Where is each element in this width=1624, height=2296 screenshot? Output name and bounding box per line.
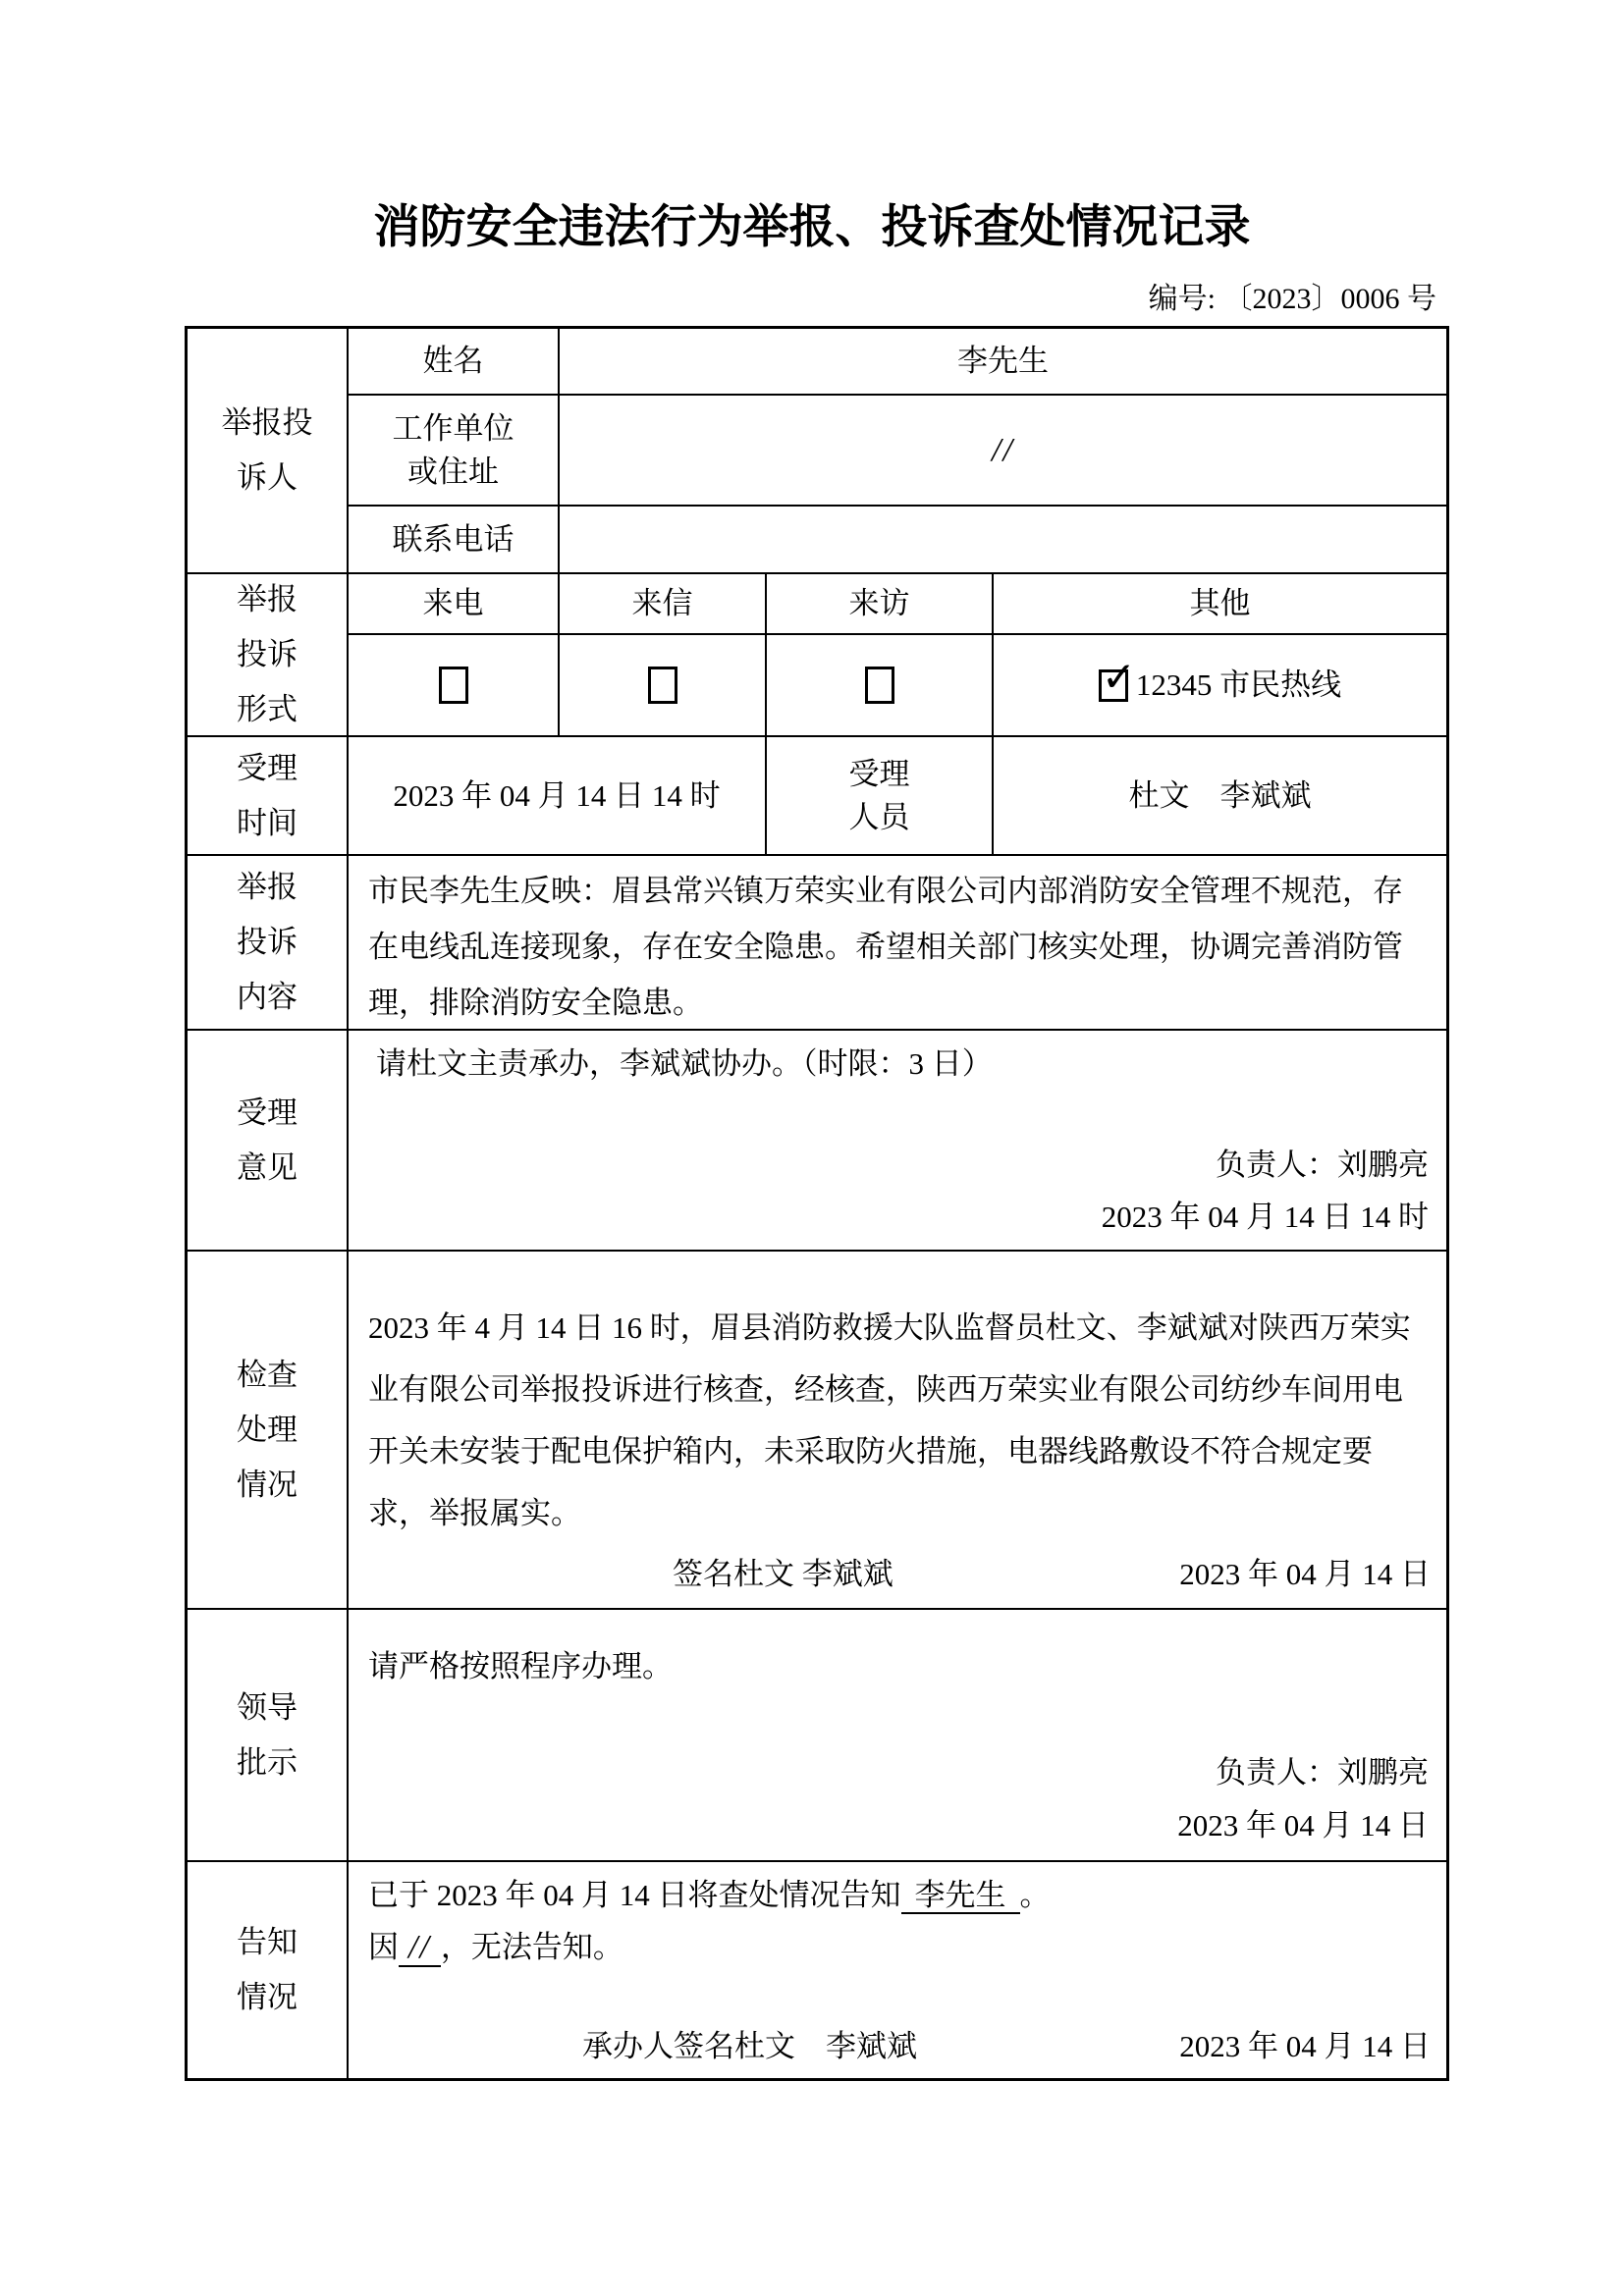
option-call-cell [349, 635, 560, 735]
opinion-text: 请杜文主责承办，李斌斌协办。（时限：3 日） [376, 1042, 1427, 1086]
notify-line2: 因//，无法告知。 [368, 1926, 1427, 1969]
inspection-signature: 签名杜文 李斌斌 [673, 1553, 893, 1596]
report-form-label: 举报 投诉 形式 [188, 574, 349, 735]
content-section: 举报 投诉 内容 市民李先生反映：眉县常兴镇万荣实业有限公司内部消防安全管理不规… [188, 856, 1446, 1031]
report-form-section: 举报 投诉 形式 来电 来信 来访 其他 [188, 574, 1446, 737]
option-letter-cell [560, 635, 767, 735]
leader-text: 请严格按照程序办理。 [368, 1645, 1427, 1688]
option-other-value: 12345 市民热线 [1136, 664, 1341, 707]
option-call-label: 来电 [349, 574, 560, 633]
opinion-cell: 请杜文主责承办，李斌斌协办。（时限：3 日） 负责人：刘鹏亮 2023 年 04… [349, 1031, 1446, 1250]
content-label: 举报 投诉 内容 [188, 856, 349, 1029]
option-other-cell: ✓ 12345 市民热线 [994, 635, 1446, 735]
leader-approver: 负责人：刘鹏亮 [1216, 1751, 1429, 1794]
workunit-value: // [560, 396, 1446, 505]
notify-line1-suffix: 。 [1020, 1878, 1051, 1912]
notify-line2-suffix: ，无法告知。 [441, 1930, 623, 1964]
accept-time-value: 2023 年 04 月 14 日 14 时 [349, 737, 767, 854]
notify-line2-underlined: // [399, 1929, 441, 1967]
inspection-label: 检查 处理 情况 [188, 1252, 349, 1608]
check-mark-icon: ✓ [1102, 657, 1136, 698]
checkbox-other-checked-icon: ✓ [1099, 669, 1128, 702]
accept-staff-label: 受理 人员 [767, 737, 994, 854]
option-letter-label: 来信 [560, 574, 767, 633]
phone-label: 联系电话 [349, 507, 560, 572]
opinion-approver: 负责人：刘鹏亮 [1216, 1144, 1429, 1187]
leader-date: 2023 年 04 月 14 日 [1177, 1804, 1429, 1847]
notify-date: 2023 年 04 月 14 日 [1179, 2025, 1431, 2068]
form-table: 举报投 诉人 姓名 李先生 工作单位 或住址 // 联系电话 举报 投诉 形式 [185, 326, 1449, 2081]
reporter-section: 举报投 诉人 姓名 李先生 工作单位 或住址 // 联系电话 [188, 329, 1446, 574]
checkbox-visit-unchecked-icon [865, 667, 894, 704]
checkbox-letter-unchecked-icon [648, 667, 677, 704]
content-cell: 市民李先生反映：眉县常兴镇万荣实业有限公司内部消防安全管理不规范，存在电线乱连接… [349, 856, 1446, 1029]
leader-section: 领导 批示 请严格按照程序办理。 负责人：刘鹏亮 2023 年 04 月 14 … [188, 1610, 1446, 1862]
notify-line1-prefix: 已于 2023 年 04 月 14 日将查处情况告知 [368, 1878, 901, 1912]
notify-line1: 已于 2023 年 04 月 14 日将查处情况告知李先生。 [368, 1874, 1427, 1917]
option-visit-cell [767, 635, 994, 735]
page-title: 消防安全违法行为举报、投诉查处情况记录 [0, 201, 1624, 252]
reporter-section-label: 举报投 诉人 [188, 329, 349, 572]
inspection-section: 检查 处理 情况 2023 年 4 月 14 日 16 时，眉县消防救援大队监督… [188, 1252, 1446, 1610]
name-label: 姓名 [349, 329, 560, 394]
notify-signature: 承办人签名杜文 李斌斌 [582, 2025, 917, 2068]
option-visit-label: 来访 [767, 574, 994, 633]
leader-cell: 请严格按照程序办理。 负责人：刘鹏亮 2023 年 04 月 14 日 [349, 1610, 1446, 1860]
opinion-section: 受理 意见 请杜文主责承办，李斌斌协办。（时限：3 日） 负责人：刘鹏亮 202… [188, 1031, 1446, 1252]
document-page: 消防安全违法行为举报、投诉查处情况记录 编号: 〔2023〕0006 号 举报投… [0, 0, 1624, 2296]
notify-section: 告知 情况 已于 2023 年 04 月 14 日将查处情况告知李先生。 因//… [188, 1862, 1446, 2078]
opinion-date: 2023 年 04 月 14 日 14 时 [1102, 1196, 1429, 1239]
inspection-cell: 2023 年 4 月 14 日 16 时，眉县消防救援大队监督员杜文、李斌斌对陕… [349, 1252, 1446, 1608]
notify-label: 告知 情况 [188, 1862, 349, 2078]
accept-staff-value: 杜文 李斌斌 [994, 737, 1446, 854]
inspection-text: 2023 年 4 月 14 日 16 时，眉县消防救援大队监督员杜文、李斌斌对陕… [368, 1297, 1427, 1544]
name-value: 李先生 [560, 329, 1446, 394]
notify-cell: 已于 2023 年 04 月 14 日将查处情况告知李先生。 因//，无法告知。… [349, 1862, 1446, 2078]
option-other-label: 其他 [994, 574, 1446, 633]
phone-value [560, 507, 1446, 572]
notify-line1-underlined: 李先生 [901, 1878, 1020, 1914]
opinion-label: 受理 意见 [188, 1031, 349, 1250]
accept-time-label: 受理 时间 [188, 737, 349, 854]
inspection-date: 2023 年 04 月 14 日 [1179, 1553, 1431, 1596]
notify-line2-prefix: 因 [368, 1930, 399, 1964]
leader-label: 领导 批示 [188, 1610, 349, 1860]
workunit-label: 工作单位 或住址 [349, 396, 560, 505]
content-text: 市民李先生反映：眉县常兴镇万荣实业有限公司内部消防安全管理不规范，存在电线乱连接… [368, 856, 1427, 1031]
accept-section: 受理 时间 2023 年 04 月 14 日 14 时 受理 人员 杜文 李斌斌 [188, 737, 1446, 856]
checkbox-call-unchecked-icon [439, 667, 468, 704]
doc-number: 编号: 〔2023〕0006 号 [1149, 282, 1436, 317]
